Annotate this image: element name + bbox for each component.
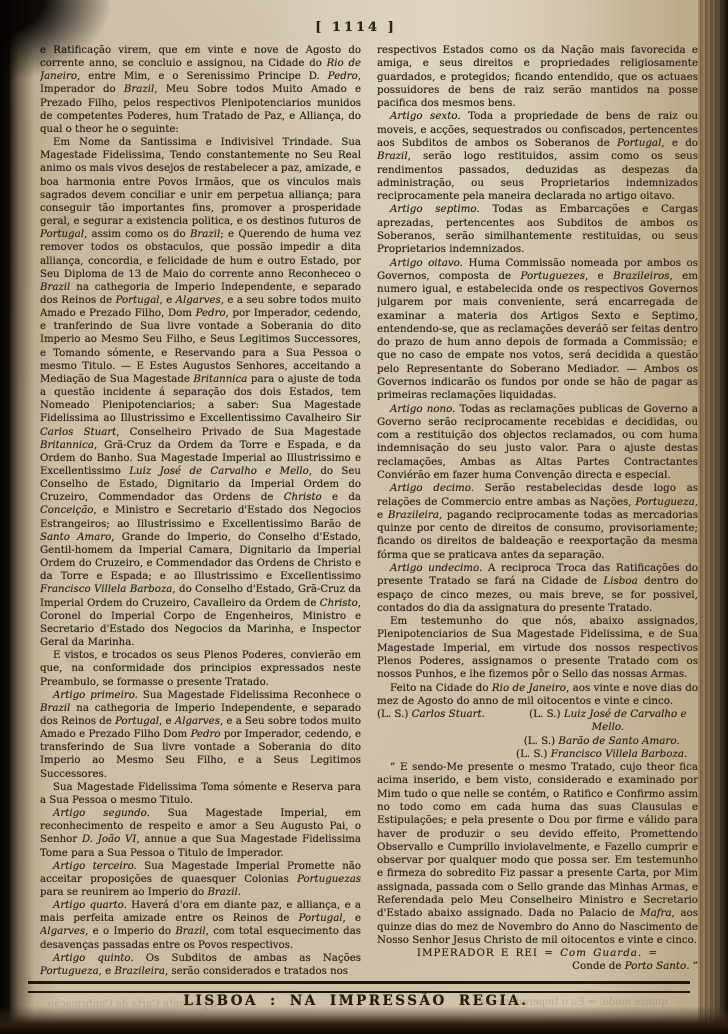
text-columns: e Ratificação virem, que em vinte e nove… — [40, 44, 698, 980]
paragraph: Em testemunho do que nós, abaixo assigna… — [377, 615, 698, 681]
paragraph: Feito na Cidade do Rio de Janeiro, aos v… — [377, 682, 698, 709]
paragraph: Artigo septimo. Todas as Embarcações e C… — [377, 203, 698, 256]
paragraph: Artigo sexto. Toda a propriedade de bens… — [377, 110, 698, 203]
paragraph: Artigo segundo. Sua Magestade Imperial, … — [40, 807, 361, 860]
scanned-book-page: [ 1114 ] e Ratificação virem, que em vin… — [0, 0, 728, 1034]
signature-line: (L. S.) Carlos Stuart.(L. S.) Luiz José … — [377, 708, 698, 735]
signature: (L. S.) Carlos Stuart. — [377, 708, 512, 735]
paragraph: ” E sendo-Me presente o mesmo Tratado, c… — [377, 761, 698, 947]
right-column: respectivos Estados como os da Nação mai… — [377, 44, 698, 980]
paragraph: Artigo primeiro. Sua Magestade Fidelissi… — [40, 689, 361, 781]
paragraph: Artigo quinto. Os Subditos de ambas as N… — [40, 952, 361, 978]
paragraph: E vistos, e trocados os seus Plenos Pode… — [40, 649, 361, 688]
book-fore-edge — [698, 0, 728, 1034]
paragraph: Em Nome da Santissima e Indivisivel Trin… — [40, 136, 361, 649]
paragraph: Sua Magestade Fidelissima Toma sómente e… — [40, 781, 361, 807]
paragraph: Artigo oitavo. Huma Commissão nomeada po… — [377, 257, 698, 403]
paragraph: IMPERADOR E REI = Com Guarda. = — [377, 947, 698, 960]
paragraph: Artigo undecimo. A reciproca Troca das R… — [377, 562, 698, 615]
paper: [ 1114 ] e Ratificação virem, que em vin… — [10, 0, 698, 1034]
paragraph: Conde de Porto Santo. ” — [377, 960, 698, 973]
signature-line: (L. S.) Francisco Villela Barboza. — [505, 748, 698, 761]
paragraph: Artigo decimo. Serão restabelecidas desd… — [377, 482, 698, 562]
page-number: [ 1114 ] — [30, 20, 682, 35]
signature: (L. S.) Luiz José de Carvalho e Mello. — [518, 708, 698, 735]
book-gutter-shadow — [0, 0, 34, 1034]
left-column: e Ratificação virem, que em vinte e nove… — [40, 44, 361, 980]
footer-double-rule — [28, 981, 690, 993]
corner-shadow — [0, 0, 110, 80]
signature-line: (L. S.) Barão de Santo Amaro. — [505, 735, 698, 748]
bottom-edge-shadow — [0, 1006, 728, 1034]
paragraph: Artigo terceiro. Sua Magestade Imperial … — [40, 860, 361, 899]
paragraph: Artigo quarto. Haverá d'ora em diante pa… — [40, 899, 361, 952]
paragraph: respectivos Estados como os da Nação mai… — [377, 44, 698, 110]
paragraph: Artigo nono. Todas as reclamações public… — [377, 403, 698, 483]
